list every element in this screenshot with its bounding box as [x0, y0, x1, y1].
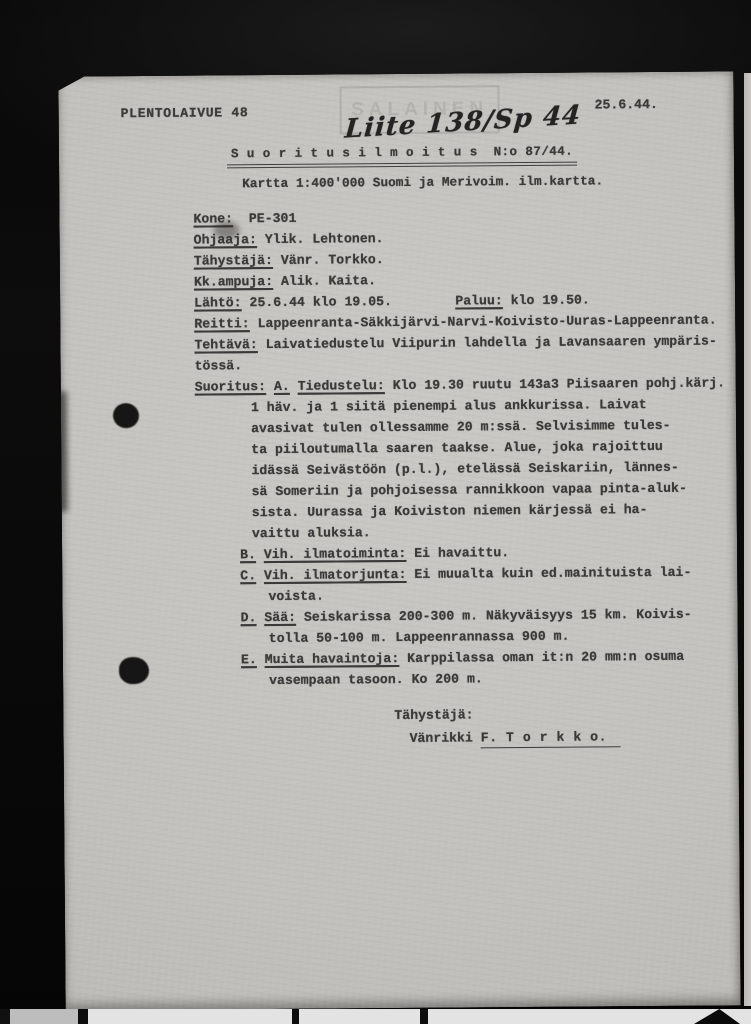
film-frame-divider	[292, 1009, 299, 1024]
report-line: Tehtävä: Laivatiedustelu Viipurin lahdel…	[194, 330, 751, 355]
report-body: Kone: PE-301Ohjaaja: Ylik. Lehtonen.Tähy…	[193, 204, 751, 691]
ink-blot-bottom	[119, 657, 149, 684]
report-date: 25.6.44.	[595, 97, 658, 112]
report-line: sä Someriin ja pohjoisessa rannikkoon va…	[196, 477, 751, 502]
document-title: S u o r i t u s i l m o i t u s N:o 87/4…	[227, 145, 577, 169]
report-line: C. Vih. ilmatorjunta: Ei muualta kuin ed…	[196, 561, 751, 586]
film-frame-divider	[78, 1009, 88, 1024]
report-line: D. Sää: Seiskarissa 200-300 m. Näkyväisy…	[197, 603, 751, 628]
report-line: E. Muita havaintoja: Karppilassa oman it…	[197, 645, 751, 670]
film-frame-divider	[0, 1009, 10, 1024]
film-index-arrow-icon	[694, 1009, 740, 1024]
signature-line: Vänrikki F. T o r k k o.	[409, 729, 621, 746]
microfilm-scan: PLENTOLAIVUE 48 25.6.44. SALAINEN Liite …	[0, 0, 751, 1024]
next-page-edge	[744, 73, 751, 1006]
ink-blot-top	[111, 401, 141, 430]
signature-name: F. T o r k k o.	[481, 729, 621, 748]
document-page: PLENTOLAIVUE 48 25.6.44. SALAINEN Liite …	[58, 71, 740, 1010]
film-frame-divider	[420, 1009, 428, 1024]
film-frame-segment	[10, 1009, 78, 1024]
signature-rank: Vänrikki	[409, 730, 480, 746]
signature-role: Tähystäjä:	[394, 707, 473, 723]
report-line: avasivat tulen ollessamme 20 m:ssä. Selv…	[195, 414, 751, 439]
edge-scuff	[57, 392, 68, 512]
report-line: Suoritus: A. Tiedustelu: Klo 19.30 ruutu…	[195, 372, 751, 397]
film-edge-strip	[0, 1009, 751, 1024]
unit-name: PLENTOLAIVUE 48	[121, 105, 249, 121]
report-line: vasempaan tasoon. Ko 200 m.	[197, 666, 751, 691]
ink-smudge	[213, 221, 239, 239]
map-reference: Kartta 1:400'000 Suomi ja Merivoim. ilm.…	[242, 173, 603, 191]
